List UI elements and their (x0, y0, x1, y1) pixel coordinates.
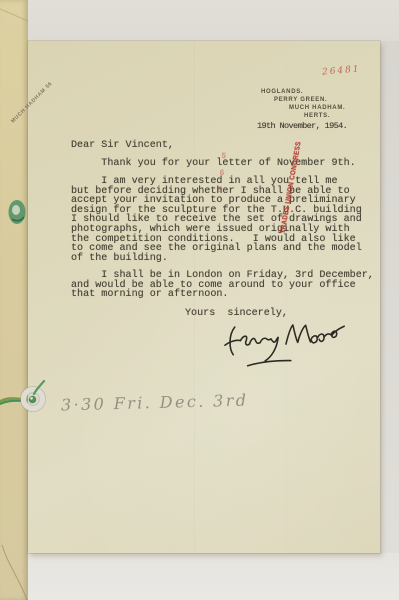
signature-stroke (317, 334, 324, 342)
signature-underline (247, 360, 290, 366)
signature-stroke (330, 326, 344, 337)
signature-stroke (249, 338, 260, 344)
paper-crease-lines (0, 0, 28, 600)
signature-stroke (264, 337, 279, 361)
signature-stroke (260, 338, 271, 342)
binding-thread-bottom (0, 378, 58, 422)
salutation: Dear Sir Vincent, (71, 141, 174, 151)
typed-date: 19th November, 1954. (257, 121, 347, 131)
backing-sheet-top (0, 0, 399, 41)
adjacent-page-edge (0, 0, 28, 600)
signature-stroke (310, 336, 317, 343)
letterhead-line-2: PERRY GREEN. (274, 97, 327, 103)
letterhead-line-4: HERTS. (304, 113, 330, 119)
body-paragraph-3: I shall be in London on Friday, 3rd Dece… (71, 271, 374, 300)
backing-sheet-right (378, 41, 399, 553)
body-paragraph-1: Thank you for your letter of November 9t… (71, 159, 356, 169)
signature-stroke (324, 334, 331, 337)
letterhead-line-1: HOGLANDS. (261, 89, 303, 95)
backing-sheet-bottom (0, 553, 399, 600)
closing-valediction: Yours sincerely, (185, 308, 288, 319)
scanned-letter-photo: HOGLANDS. PERRY GREEN. MUCH HADHAM. HERT… (0, 0, 399, 600)
letter-sheet: HOGLANDS. PERRY GREEN. MUCH HADHAM. HERT… (28, 41, 380, 553)
binding-thread-top (4, 197, 32, 229)
letterhead-line-3: MUCH HADHAM. (289, 105, 345, 111)
signature-stroke (240, 336, 249, 345)
signature-henry-moore (222, 319, 352, 372)
signature-stroke (285, 324, 311, 344)
signature-stroke (225, 340, 241, 345)
